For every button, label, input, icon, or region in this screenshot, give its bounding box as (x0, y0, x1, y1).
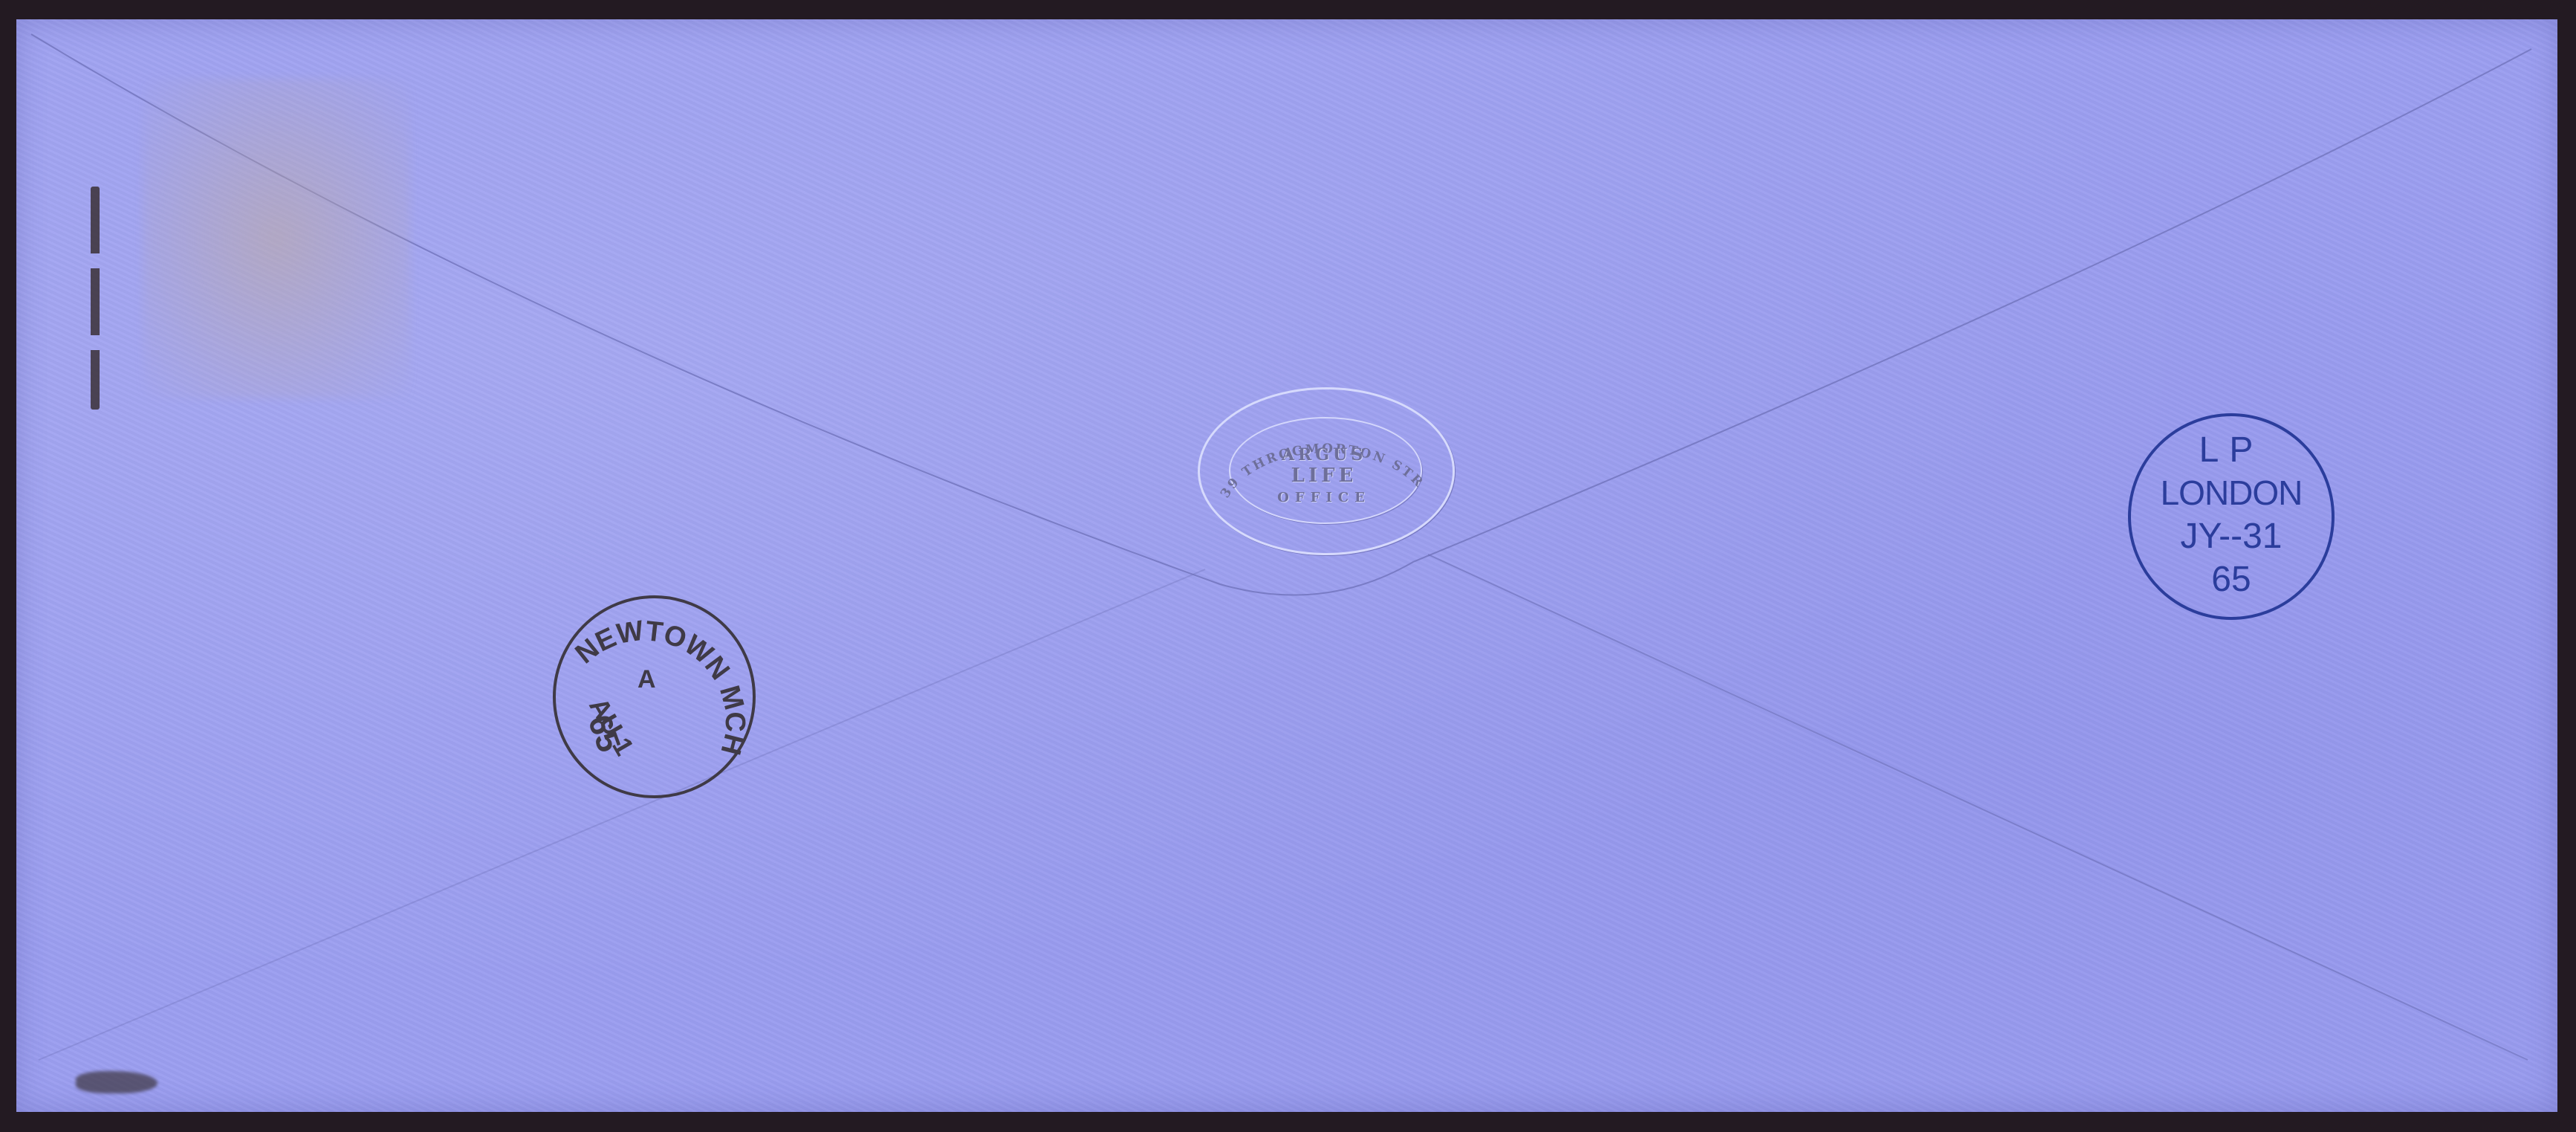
london-postmark-year: 65 (2131, 562, 2332, 598)
envelope-back: 39 THROGMORTON STREET ARGUS LIFE OFFICE … (16, 19, 2557, 1112)
london-postmark-code: LP (2131, 433, 2332, 468)
corner-stain (76, 1071, 158, 1093)
newtown-postmark: NEWTOWN MCH A AU 1 65 (553, 595, 756, 798)
london-postmark-city: LONDON (2131, 476, 2332, 510)
london-postmark-date: JY--31 (2131, 519, 2332, 554)
newtown-postmark-ring-text: NEWTOWN MCH (556, 598, 753, 795)
newtown-postmark-index: A (637, 667, 656, 692)
seal-text-life: LIFE (1198, 465, 1450, 487)
seal-text-office: OFFICE (1198, 490, 1450, 505)
stamp-remnant (143, 79, 410, 398)
london-postmark: LP LONDON JY--31 65 (2128, 413, 2335, 620)
seal-text-argus: ARGUS (1198, 445, 1450, 465)
embossed-seal: 39 THROGMORTON STREET ARGUS LIFE OFFICE (1198, 387, 1465, 566)
obliterator-mark (91, 187, 100, 410)
